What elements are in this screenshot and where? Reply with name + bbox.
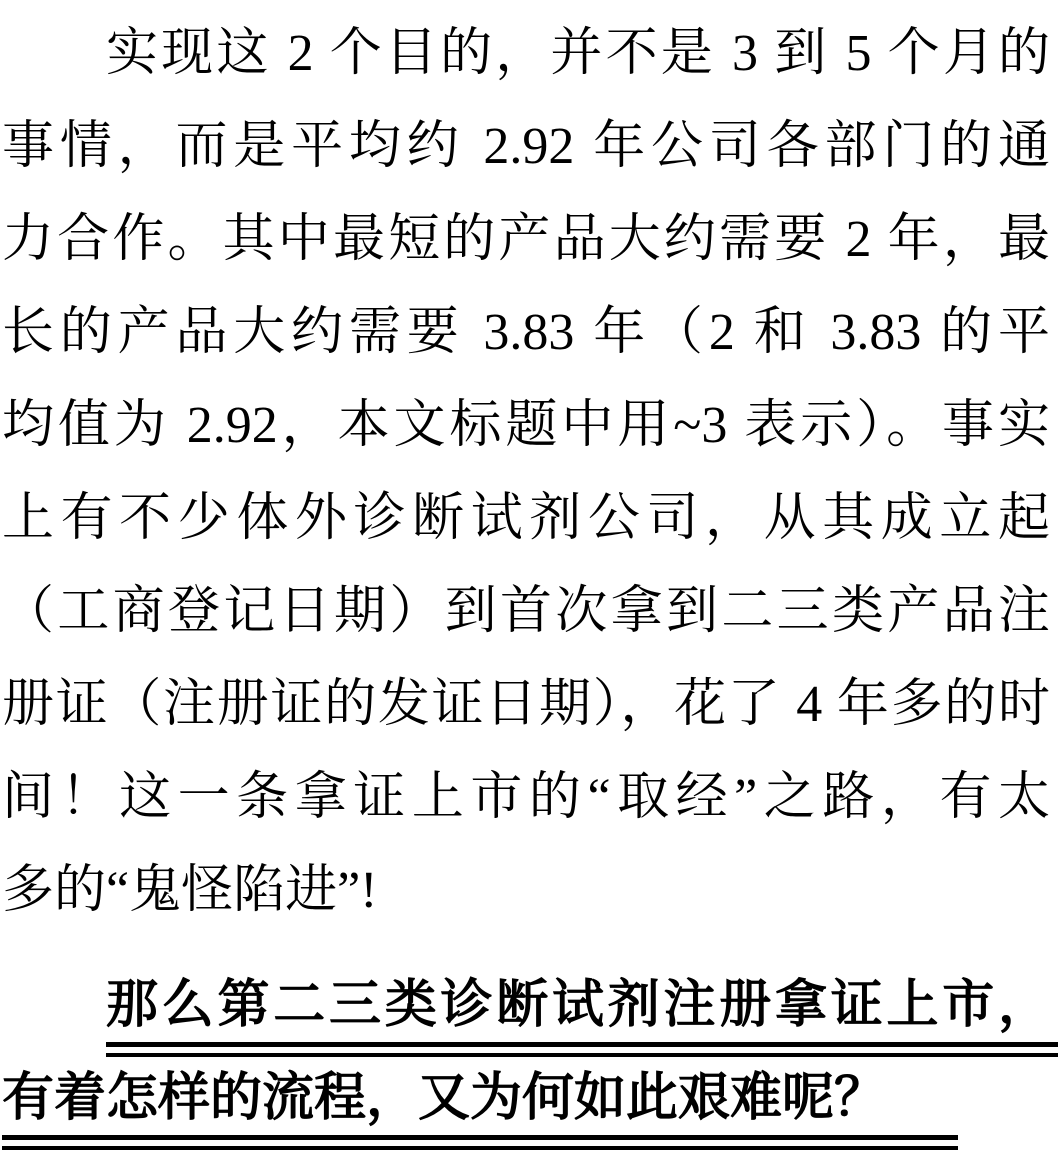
text-line: 多的“鬼怪陷进”!	[2, 844, 1050, 937]
text-line: 事情，而是平均约 2.92 年公司各部门的通	[2, 100, 1050, 193]
emphasized-line: 有着怎样的流程，又为何如此艰难呢？	[2, 1052, 1050, 1145]
text-line: 间！这一条拿证上市的“取经”之路，有太	[2, 751, 1050, 844]
text-line: 册证（注册证的发证日期），花了 4 年多的时	[2, 658, 1050, 751]
text-line: 力合作。其中最短的产品大约需要 2 年，最	[2, 193, 1050, 286]
text-line: 均值为 2.92，本文标题中用~3 表示）。事实	[2, 379, 1050, 472]
emphasized-line-text: 有着怎样的流程，又为何如此艰难呢？	[2, 1070, 886, 1127]
paragraph-emphasized: 那么第二三类诊断试剂注册拿证上市， 有着怎样的流程，又为何如此艰难呢？	[2, 959, 1050, 1145]
document-page: 实现这 2 个目的，并不是 3 到 5 个月的 事情，而是平均约 2.92 年公…	[0, 0, 1058, 1166]
text-line: （工商登记日期）到首次拿到二三类产品注	[2, 565, 1050, 658]
emphasized-line: 那么第二三类诊断试剂注册拿证上市，	[2, 959, 1050, 1052]
text-line: 上有不少体外诊断试剂公司，从其成立起	[2, 472, 1050, 565]
text-line: 实现这 2 个目的，并不是 3 到 5 个月的	[2, 7, 1050, 100]
emphasized-line-text: 那么第二三类诊断试剂注册拿证上市，	[106, 977, 1050, 1034]
paragraph-body: 实现这 2 个目的，并不是 3 到 5 个月的 事情，而是平均约 2.92 年公…	[2, 7, 1050, 937]
text-line: 长的产品大约需要 3.83 年（2 和 3.83 的平	[2, 286, 1050, 379]
double-underline	[2, 1135, 958, 1150]
